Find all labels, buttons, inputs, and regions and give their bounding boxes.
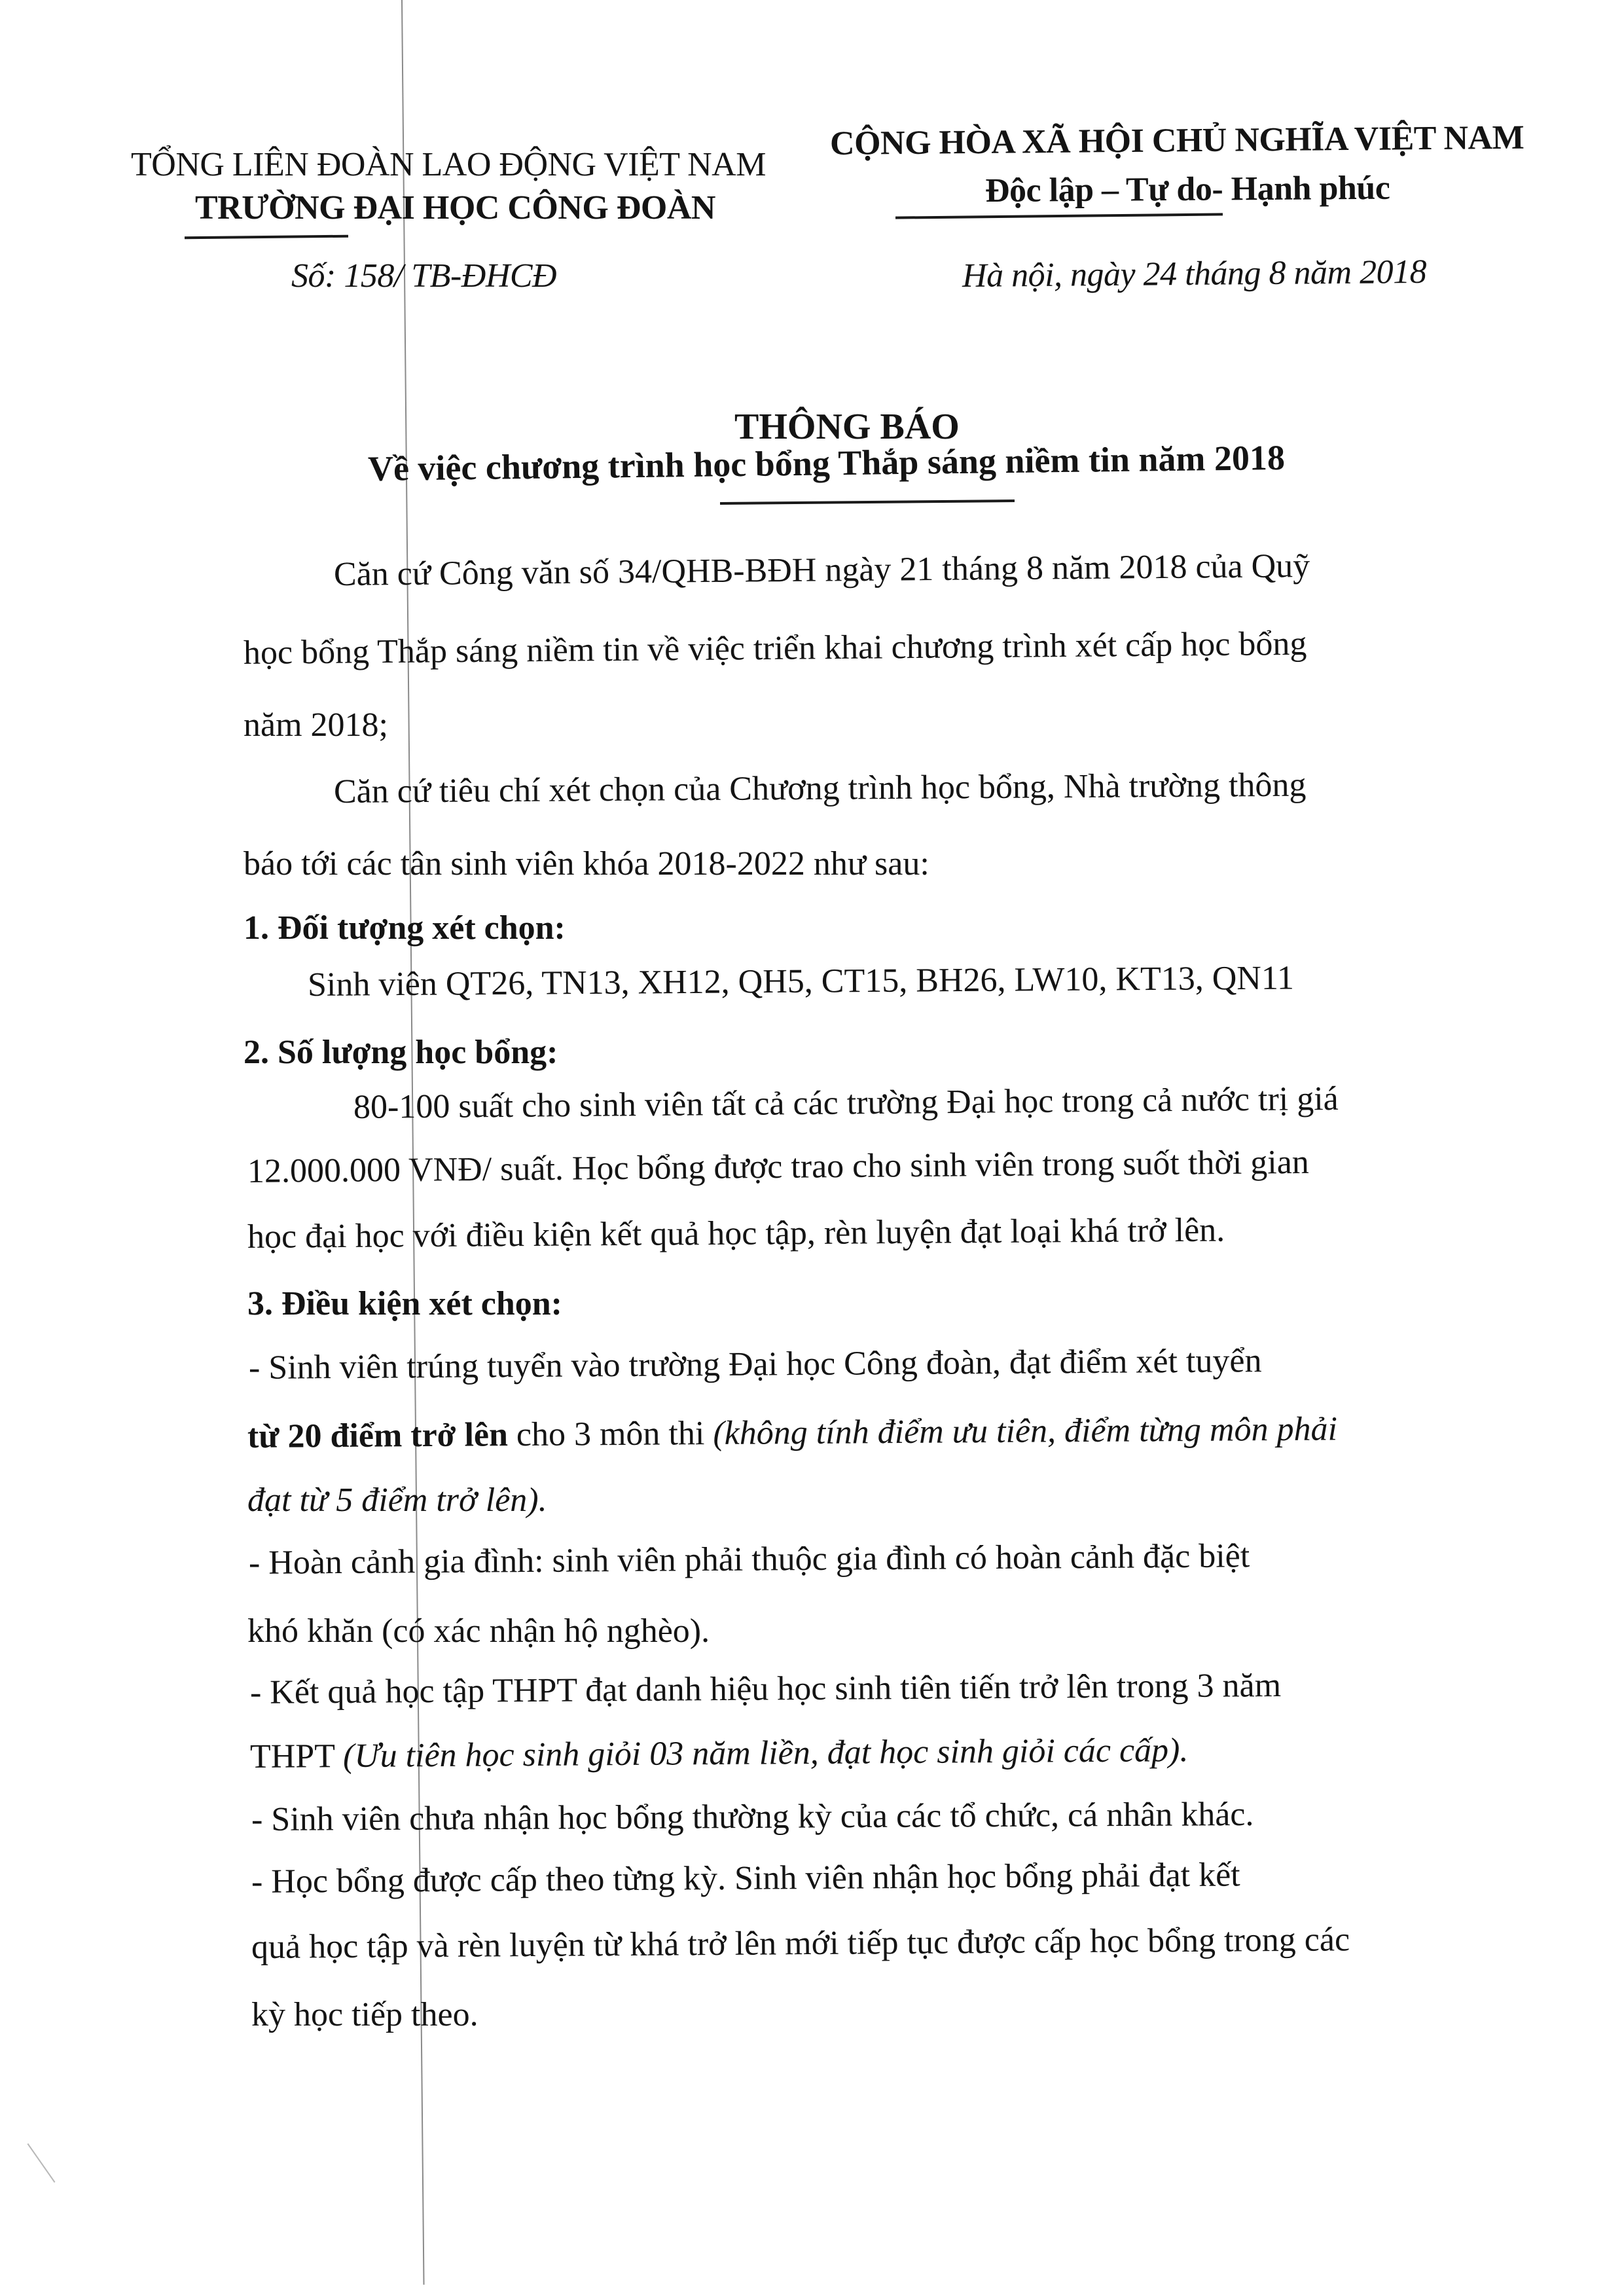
- institution-underline: [185, 235, 348, 240]
- document-number: Số: 158/ TB-ĐHCĐ: [291, 257, 556, 295]
- country-name: CỘNG HÒA XÃ HỘI CHỦ NGHĨA VIỆT NAM: [830, 118, 1525, 163]
- condition-1-bold: từ 20 điểm trở lên: [247, 1416, 508, 1455]
- organization-name: TỔNG LIÊN ĐOÀN LAO ĐỘNG VIỆT NAM: [131, 145, 766, 184]
- condition-1-line: - Sinh viên trúng tuyển vào trường Đại h…: [249, 1341, 1262, 1387]
- condition-5-line: quả học tập và rèn luyện từ khá trở lên …: [251, 1920, 1350, 1967]
- national-motto: Độc lập – Tự do- Hạnh phúc: [985, 169, 1390, 210]
- condition-3-normal: THPT: [250, 1737, 343, 1775]
- condition-5-line: - Học bổng được cấp theo từng kỳ. Sinh v…: [251, 1855, 1240, 1901]
- section-2-text: học đại học với điều kiện kết quả học tậ…: [247, 1211, 1225, 1256]
- section-1-heading: 1. Đối tượng xét chọn:: [244, 909, 566, 947]
- condition-1-line: từ 20 điểm trở lên cho 3 môn thi (không …: [247, 1409, 1337, 1456]
- preamble-line: học bổng Thắp sáng niềm tin về việc triể…: [244, 625, 1307, 672]
- section-2-text: 80-100 suất cho sinh viên tất cả các trư…: [353, 1080, 1339, 1127]
- condition-3-line: - Kết quả học tập THPT đạt danh hiệu học…: [250, 1666, 1282, 1712]
- condition-5-line: kỳ học tiếp theo.: [251, 1995, 478, 2034]
- condition-1-line: đạt từ 5 điểm trở lên).: [247, 1481, 547, 1519]
- condition-3-line: THPT (Ưu tiên học sinh giỏi 03 năm liền,…: [250, 1731, 1189, 1776]
- place-date: Hà nội, ngày 24 tháng 8 năm 2018: [962, 253, 1427, 295]
- section-1-text: Sinh viên QT26, TN13, XH12, QH5, CT15, B…: [308, 958, 1294, 1004]
- section-2-text: 12.000.000 VNĐ/ suất. Học bổng được trao…: [247, 1143, 1309, 1191]
- motto-underline: [895, 213, 1223, 219]
- preamble-line: Căn cứ tiêu chí xét chọn của Chương trìn…: [334, 766, 1307, 811]
- condition-2-line: khó khăn (có xác nhận hộ nghèo).: [247, 1612, 710, 1650]
- subject-underline: [720, 500, 1015, 505]
- scan-mark: [27, 2143, 56, 2183]
- preamble-line: năm 2018;: [244, 706, 388, 744]
- section-2-heading: 2. Số lượng học bổng:: [244, 1033, 558, 1072]
- condition-3-note: (Ưu tiên học sinh giỏi 03 năm liền, đạt …: [343, 1732, 1189, 1775]
- preamble-line: Căn cứ Công văn số 34/QHB-BĐH ngày 21 th…: [334, 547, 1310, 594]
- condition-1-note: (không tính điểm ưu tiên, điểm từng môn …: [713, 1410, 1337, 1452]
- preamble-line: báo tới các tân sinh viên khóa 2018-2022…: [244, 845, 929, 883]
- condition-4-line: - Sinh viên chưa nhận học bổng thường kỳ…: [251, 1795, 1254, 1839]
- notice-subject: Về việc chương trình học bổng Thắp sáng …: [368, 437, 1286, 489]
- condition-2-line: - Hoàn cảnh gia đình: sinh viên phải thu…: [249, 1536, 1250, 1582]
- condition-1-normal: cho 3 môn thi: [508, 1415, 713, 1453]
- section-3-heading: 3. Điều kiện xét chọn:: [247, 1284, 562, 1323]
- institution-name: TRƯỜNG ĐẠI HỌC CÔNG ĐOÀN: [195, 189, 715, 227]
